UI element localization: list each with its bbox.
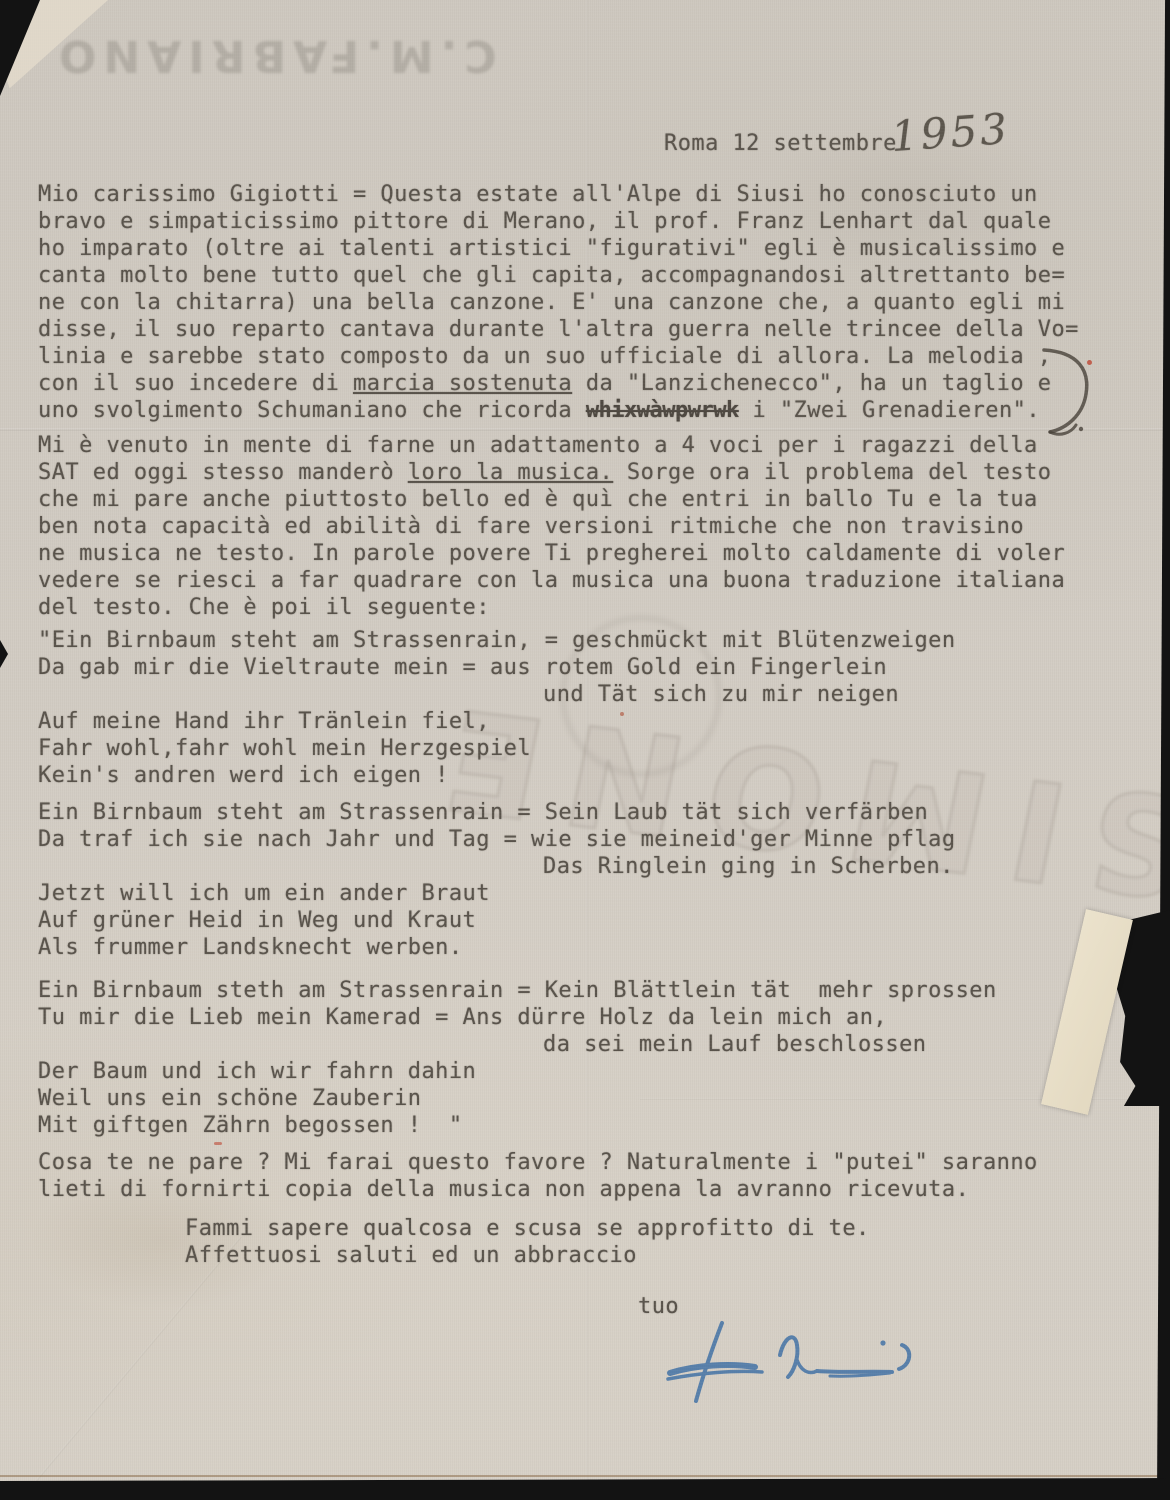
- typed-line: uno svolgimento Schumaniano che ricorda …: [38, 397, 1079, 424]
- paper-watermark: C.M.FABRIANO: [52, 30, 497, 81]
- poem-line: Jetzt will ich um ein ander Braut: [38, 880, 1079, 907]
- poem-line: Als frummer Landsknecht werben.: [38, 934, 1079, 961]
- typed-line: Fammi sapere qualcosa e scusa se approfi…: [38, 1215, 1079, 1242]
- typed-line: Affettuosi saluti ed un abbraccio: [38, 1242, 1079, 1269]
- typed-line: Cosa te ne pare ? Mi farai questo favore…: [38, 1149, 1079, 1176]
- line-segment: SAT ed oggi stesso manderò: [38, 460, 408, 485]
- paragraph-request: Mi è venuto in mente di farne un adattam…: [38, 432, 1079, 621]
- paragraph-closing: Cosa te ne pare ? Mi farai questo favore…: [38, 1149, 1079, 1203]
- scanned-letter-photo: C.M.FABRIANO SIMONE Roma 12 settembre 19…: [0, 0, 1170, 1500]
- paper-bottom-edge: [0, 1475, 1170, 1477]
- letter-page: C.M.FABRIANO SIMONE Roma 12 settembre 19…: [0, 0, 1170, 1500]
- underlined-segment: marcia sostenuta: [353, 371, 572, 396]
- poem-line: Auf meine Hand ihr Tränlein fiel,: [38, 708, 1079, 735]
- dateline-typed: Roma 12 settembre: [664, 131, 897, 156]
- signature: [650, 1315, 960, 1415]
- handwritten-year: 1953: [889, 104, 1011, 161]
- poem-line: Kein's andren werd ich eigen !: [38, 762, 1079, 789]
- typed-line: ne musica ne testo. In parole povere Ti …: [38, 540, 1079, 567]
- line-segment: uno svolgimento Schumaniano che ricorda: [38, 398, 586, 423]
- typed-line: ben nota capacità ed abilità di fare ver…: [38, 513, 1079, 540]
- poem-line: Fahr wohl,fahr wohl mein Herzgespiel: [38, 735, 1079, 762]
- poem-stanza-2: Ein Birnbaum steht am Strassenrain = Sei…: [38, 799, 1079, 961]
- line-segment: con il suo incedere di: [38, 371, 353, 396]
- poem-line: Ein Birnbaum steth am Strassenrain = Kei…: [38, 977, 1079, 1004]
- typed-line: lieti di fornirti copia della musica non…: [38, 1176, 1079, 1203]
- poem-line: Das Ringlein ging in Scherben.: [38, 853, 1079, 880]
- poem-line: Mit giftgen Zährn begossen ! ": [38, 1112, 1079, 1139]
- line-segment: da "Lanzichenecco", ha un taglio e: [572, 371, 1051, 396]
- poem-line: da sei mein Lauf beschlossen: [38, 1031, 1079, 1058]
- typed-line: bravo e simpaticissimo pittore di Merano…: [38, 208, 1079, 235]
- poem-stanza-3: Ein Birnbaum steth am Strassenrain = Kei…: [38, 977, 1079, 1139]
- paragraph-farewell: Fammi sapere qualcosa e scusa se approfi…: [38, 1215, 1079, 1269]
- typed-line: Mi è venuto in mente di farne un adattam…: [38, 432, 1079, 459]
- line-segment: Sorge ora il problema del testo: [613, 460, 1051, 485]
- poem-line: Da traf ich sie nach Jahr und Tag = wie …: [38, 826, 1079, 853]
- typed-line: con il suo incedere di marcia sostenuta …: [38, 370, 1079, 397]
- poem-line: Da gab mir die Vieltraute mein = aus rot…: [38, 654, 1079, 681]
- poem-line: Auf grüner Heid in Weg und Kraut: [38, 907, 1079, 934]
- typed-line: disse, il suo reparto cantava durante l'…: [38, 316, 1079, 343]
- poem-line: Ein Birnbaum steht am Strassenrain = Sei…: [38, 799, 1079, 826]
- poem-line: Weil uns ein schöne Zauberin: [38, 1085, 1079, 1112]
- poem-line: "Ein Birnbaum steht am Strassenrain, = g…: [38, 627, 1079, 654]
- poem-line: Tu mir die Lieb mein Kamerad = Ans dürre…: [38, 1004, 1079, 1031]
- line-segment: i "Zwei Grenadieren".: [739, 398, 1040, 423]
- typed-line: vedere se riesci a far quadrare con la m…: [38, 567, 1079, 594]
- letter-body: Mio carissimo Gigiotti = Questa estate a…: [38, 181, 1079, 1320]
- typed-line: del testo. Che è poi il seguente:: [38, 594, 1079, 621]
- poem-line: Der Baum und ich wir fahrn dahin: [38, 1058, 1079, 1085]
- underlined-segment: loro la musica.: [408, 460, 613, 485]
- poem-line: und Tät sich zu mir neigen: [38, 681, 1079, 708]
- typed-line: SAT ed oggi stesso manderò loro la music…: [38, 459, 1079, 486]
- paragraph-intro: Mio carissimo Gigiotti = Questa estate a…: [38, 181, 1079, 424]
- typed-line: che mi pare anche piuttosto bello ed è q…: [38, 486, 1079, 513]
- typed-line: canta molto bene tutto quel che gli capi…: [38, 262, 1079, 289]
- struck-out-word: whixwàwpwrwk: [586, 398, 739, 423]
- typed-line: Mio carissimo Gigiotti = Questa estate a…: [38, 181, 1079, 208]
- typed-line: ho imparato (oltre ai talenti artistici …: [38, 235, 1079, 262]
- handwritten-bracket: [1038, 344, 1098, 440]
- typed-line: linia e sarebbe stato composto da un suo…: [38, 343, 1079, 370]
- typed-line: ne con la chitarra) una bella canzone. E…: [38, 289, 1079, 316]
- poem-stanza-1: "Ein Birnbaum steht am Strassenrain, = g…: [38, 627, 1079, 789]
